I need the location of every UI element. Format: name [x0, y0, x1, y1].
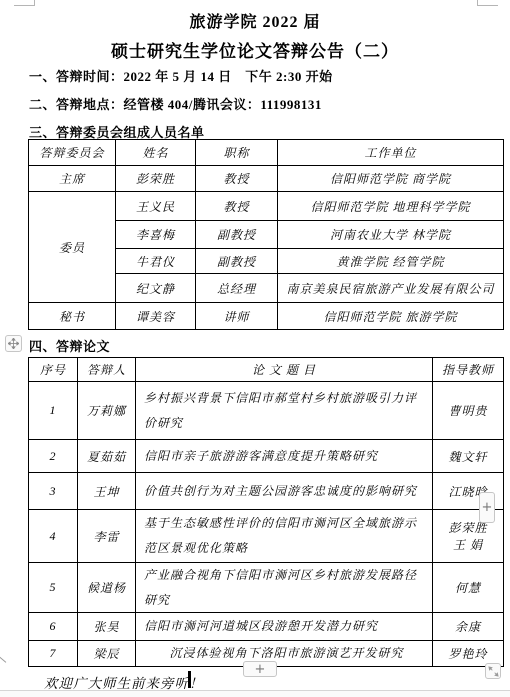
closing-line: 欢迎广大师生前来旁听！ [44, 672, 204, 692]
diagonal-resize-icon [488, 666, 499, 677]
advisor-line2: 王 娟 [436, 536, 500, 553]
margin-corner-mark-bottom-left [0, 656, 6, 663]
title-cell: 教授 [196, 192, 278, 221]
no-cell: 5 [29, 563, 78, 613]
topic-cell: 沉浸体验视角下洛阳市旅游演艺开发研究 [136, 641, 433, 667]
thesis-header-row: 序号 答辩人 论 文 题 目 指导教师 [29, 358, 504, 382]
org-cell: 信阳师范学院 商学院 [278, 166, 504, 192]
document-canvas[interactable]: 旅游学院 2022 届 硕士研究生学位论文答辩公告（二） 一、答辩时间：2022… [0, 0, 510, 697]
role-cell: 秘书 [29, 303, 116, 330]
header-name: 姓名 [116, 140, 196, 166]
org-cell: 南京美泉民宿旅游产业发展有限公司 [278, 274, 504, 303]
no-cell: 3 [29, 473, 78, 510]
thesis-row: 4 李雷 基于生态敏感性评价的信阳市浉河区全域旅游示范区景观优化策略 彭荣胜 王… [29, 510, 504, 563]
committee-table: 答辩委员会 姓名 职称 工作单位 主席 彭荣胜 教授 信阳师范学院 商学院 委员… [28, 139, 504, 330]
doc-title-line2: 硕士研究生学位论文答辩公告（二） [0, 37, 510, 62]
name-cell: 李喜梅 [116, 221, 196, 249]
org-cell: 信阳师范学院 地理科学学院 [278, 192, 504, 221]
topic-cell: 信阳市浉河河道城区段游憩开发潜力研究 [136, 613, 433, 641]
committee-row: 秘书 谭美容 讲师 信阳师范学院 旅游学院 [29, 303, 504, 330]
thesis-row: 2 夏茹茹 信阳市亲子旅游游客满意度提升策略研究 魏文轩 [29, 440, 504, 473]
role-cell: 主席 [29, 166, 116, 192]
student-cell: 夏茹茹 [78, 440, 136, 473]
margin-corner-mark-left [14, 0, 35, 6]
name-cell: 王义民 [116, 192, 196, 221]
header-topic: 论 文 题 目 [136, 358, 433, 382]
no-cell: 1 [29, 382, 78, 440]
header-title: 职称 [196, 140, 278, 166]
student-cell: 李雷 [78, 510, 136, 563]
topic-cell: 信阳市亲子旅游游客满意度提升策略研究 [136, 440, 433, 473]
no-cell: 7 [29, 641, 78, 667]
org-cell: 河南农业大学 林学院 [278, 221, 504, 249]
name-cell: 谭美容 [116, 303, 196, 330]
no-cell: 4 [29, 510, 78, 563]
add-column-button[interactable]: + [479, 492, 495, 523]
committee-row: 委员 王义民 教授 信阳师范学院 地理科学学院 [29, 192, 504, 221]
advisor-cell: 魏文轩 [433, 440, 504, 473]
table-move-handle-icon[interactable] [5, 335, 22, 352]
header-student: 答辩人 [78, 358, 136, 382]
header-org: 工作单位 [278, 140, 504, 166]
org-cell: 信阳师范学院 旅游学院 [278, 303, 504, 330]
title-cell: 副教授 [196, 249, 278, 274]
topic-cell: 价值共创行为对主题公园游客忠诚度的影响研究 [136, 473, 433, 510]
topic-cell: 产业融合视角下信阳市浉河区乡村旅游发展路径研究 [136, 563, 433, 613]
student-cell: 万莉娜 [78, 382, 136, 440]
topic-cell: 基于生态敏感性评价的信阳市浉河区全域旅游示范区景观优化策略 [136, 510, 433, 563]
header-advisor: 指导教师 [433, 358, 504, 382]
title-cell: 副教授 [196, 221, 278, 249]
add-row-button[interactable]: + [243, 661, 277, 677]
advisor-cell: 何慧 [433, 563, 504, 613]
committee-header-row: 答辩委员会 姓名 职称 工作单位 [29, 140, 504, 166]
margin-corner-mark-right [477, 0, 498, 6]
thesis-row: 1 万莉娜 乡村振兴背景下信阳市郝堂村乡村旅游吸引力评价研究 曹明贵 [29, 382, 504, 440]
title-cell: 总经理 [196, 274, 278, 303]
student-cell: 张昊 [78, 613, 136, 641]
advisor-cell: 曹明贵 [433, 382, 504, 440]
name-cell: 彭荣胜 [116, 166, 196, 192]
thesis-table: 序号 答辩人 论 文 题 目 指导教师 1 万莉娜 乡村振兴背景下信阳市郝堂村乡… [28, 357, 504, 667]
table-resize-handle[interactable] [485, 663, 501, 679]
text-cursor [188, 671, 191, 688]
topic-cell: 乡村振兴背景下信阳市郝堂村乡村旅游吸引力评价研究 [136, 382, 433, 440]
thesis-section-heading: 四、答辩论文 [29, 336, 110, 355]
title-cell: 教授 [196, 166, 278, 192]
name-cell: 纪文静 [116, 274, 196, 303]
org-cell: 黄淮学院 经管学院 [278, 249, 504, 274]
doc-title-line1: 旅游学院 2022 届 [0, 9, 510, 32]
page-bottom-edge [0, 690, 510, 697]
role-cell: 委员 [29, 192, 116, 303]
defense-place-line: 二、答辩地点：经管楼 404/腾讯会议：111998131 [29, 94, 322, 113]
defense-time-line: 一、答辩时间：2022 年 5 月 14 日 下午 2:30 开始 [29, 66, 333, 85]
student-cell: 王坤 [78, 473, 136, 510]
title-cell: 讲师 [196, 303, 278, 330]
advisor-cell: 余康 [433, 613, 504, 641]
no-cell: 6 [29, 613, 78, 641]
name-cell: 牛君仪 [116, 249, 196, 274]
header-no: 序号 [29, 358, 78, 382]
committee-row: 主席 彭荣胜 教授 信阳师范学院 商学院 [29, 166, 504, 192]
thesis-row: 3 王坤 价值共创行为对主题公园游客忠诚度的影响研究 江晓晗 [29, 473, 504, 510]
student-cell: 梁辰 [78, 641, 136, 667]
no-cell: 2 [29, 440, 78, 473]
thesis-row: 6 张昊 信阳市浉河河道城区段游憩开发潜力研究 余康 [29, 613, 504, 641]
header-committee: 答辩委员会 [29, 140, 116, 166]
student-cell: 候道杨 [78, 563, 136, 613]
four-way-arrow-icon [8, 338, 19, 349]
thesis-row: 5 候道杨 产业融合视角下信阳市浉河区乡村旅游发展路径研究 何慧 [29, 563, 504, 613]
